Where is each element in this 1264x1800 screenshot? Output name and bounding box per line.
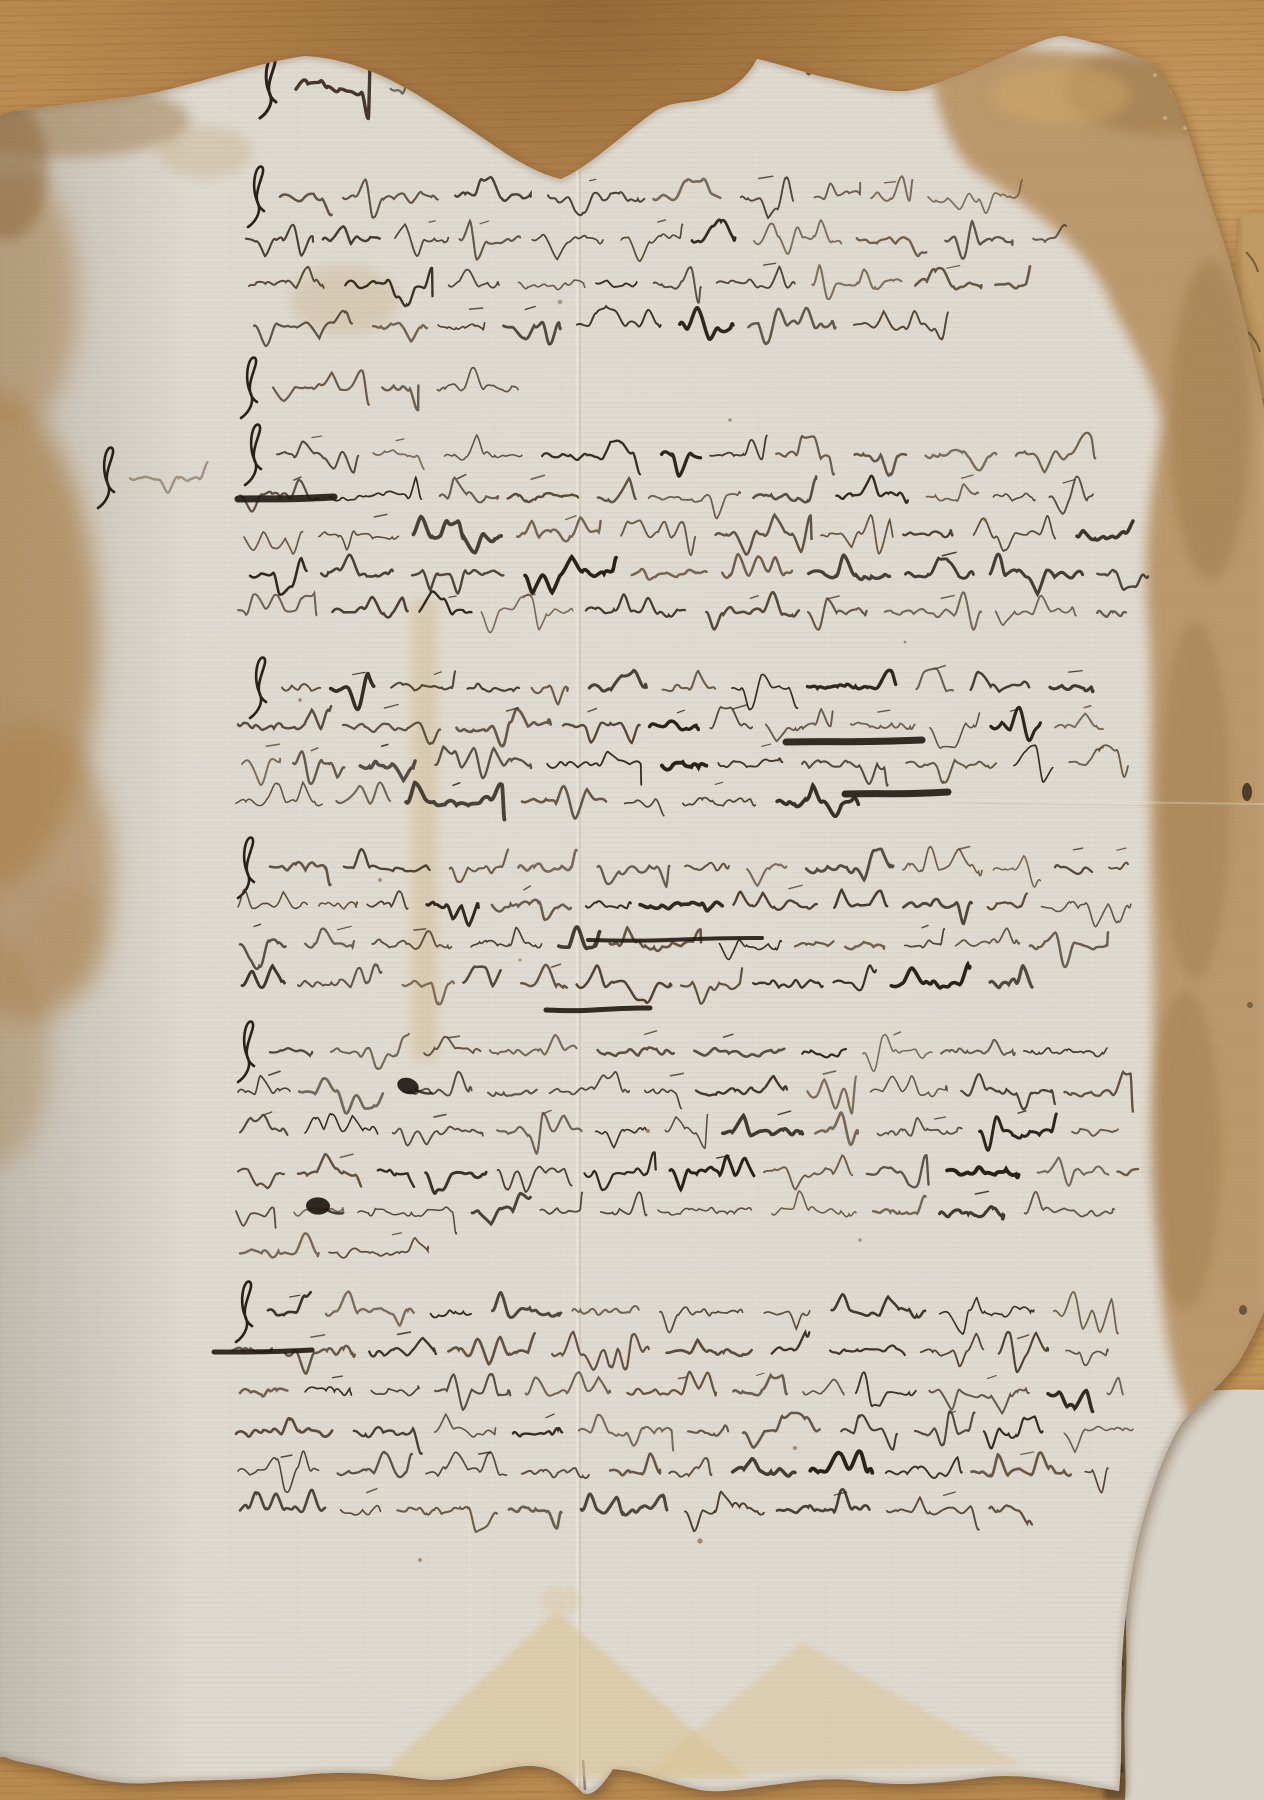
manuscript-photo: [0, 0, 1264, 1800]
manuscript-scene: [0, 0, 1264, 1800]
sheet-surface: [0, 0, 1264, 1800]
